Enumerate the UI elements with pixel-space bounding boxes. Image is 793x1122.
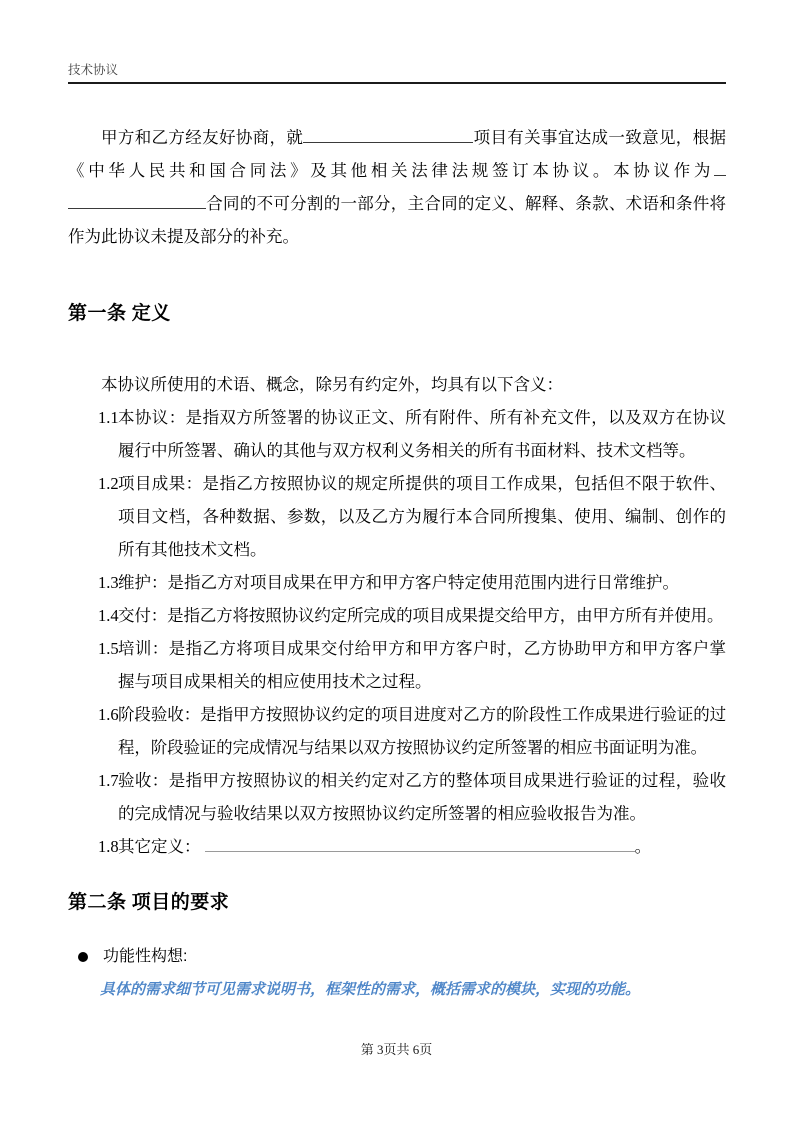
page-footer: 第 3页共 6页 [0, 1039, 793, 1058]
item-number: 1.4 [98, 599, 119, 632]
definition-item-1-4: 1.4 交付：是指乙方将按照协议约定所完成的项目成果提交给甲方，由甲方所有并使用… [68, 599, 726, 632]
item-text: 本协议：是指双方所签署的协议正文、所有附件、所有补充文件，以及双方在协议履行中所… [118, 408, 726, 460]
bullet-dot-icon [78, 952, 88, 962]
item-text: 阶段验收：是指甲方按照协议约定的项目进度对乙方的阶段性工作成果进行验证的过程，阶… [118, 705, 726, 757]
definition-item-1-5: 1.5 培训：是指乙方将项目成果交付给甲方和甲方客户时，乙方协助甲方和甲方客户掌… [68, 632, 726, 698]
section-1-heading: 第一条 定义 [68, 301, 726, 327]
item-number: 1.8 [98, 830, 119, 863]
item-text: 交付：是指乙方将按照协议约定所完成的项目成果提交给甲方，由甲方所有并使用。 [118, 606, 723, 625]
item-number: 1.7 [98, 764, 119, 797]
document-header: 技术协议 [68, 60, 726, 84]
bullet-label: 功能性构想: [103, 947, 187, 967]
definition-item-1-1: 1.1 本协议：是指双方所签署的协议正文、所有附件、所有补充文件，以及双方在协议… [68, 401, 726, 467]
definition-item-1-7: 1.7 验收：是指甲方按照协议的相关约定对乙方的整体项目成果进行验证的过程，验收… [68, 764, 726, 830]
intro-text-1: 甲方和乙方经友好协商，就 [101, 128, 303, 147]
fill-blank-contract-name [68, 195, 206, 209]
item-suffix: 。 [635, 837, 652, 856]
definition-item-1-3: 1.3 维护：是指乙方对项目成果在甲方和甲方客户特定使用范围内进行日常维护。 [68, 566, 726, 599]
item-number: 1.2 [98, 467, 119, 500]
item-number: 1.5 [98, 632, 119, 665]
section-1-lead: 本协议所使用的术语、概念，除另有约定外，均具有以下含义： [68, 368, 726, 401]
requirement-note: 具体的需求细节可见需求说明书，框架性的需求，概括需求的模块，实现的功能。 [100, 980, 726, 1000]
page-number-info: 第 3页共 6页 [361, 1042, 433, 1057]
definition-item-1-2: 1.2 项目成果：是指乙方按照协议的规定所提供的项目工作成果，包括但不限于软件、… [68, 467, 726, 566]
item-text: 项目成果：是指乙方按照协议的规定所提供的项目工作成果，包括但不限于软件、项目文档… [118, 474, 726, 559]
item-text: 验收：是指甲方按照协议的相关约定对乙方的整体项目成果进行验证的过程，验收的完成情… [118, 771, 726, 823]
bullet-item-functional-concept: 功能性构想: [78, 947, 726, 967]
section-2-heading: 第二条 项目的要求 [68, 890, 726, 916]
item-number: 1.1 [98, 401, 119, 434]
fill-blank-other-definitions [205, 838, 635, 852]
document-page: 技术协议 甲方和乙方经友好协商，就项目有关事宜达成一致意见，根据《中华人民共和国… [0, 60, 793, 1000]
item-text: 维护：是指乙方对项目成果在甲方和甲方客户特定使用范围内进行日常维护。 [118, 573, 679, 592]
definitions-list: 1.1 本协议：是指双方所签署的协议正文、所有附件、所有补充文件，以及双方在协议… [68, 401, 726, 863]
item-number: 1.3 [98, 566, 119, 599]
header-title: 技术协议 [68, 63, 118, 77]
item-text: 培训：是指乙方将项目成果交付给甲方和甲方客户时，乙方协助甲方和甲方客户掌握与项目… [118, 639, 726, 691]
item-text: 其它定义： [118, 837, 201, 856]
fill-blank-contract-start [714, 162, 726, 176]
item-number: 1.6 [98, 698, 119, 731]
definition-item-1-6: 1.6 阶段验收：是指甲方按照协议约定的项目进度对乙方的阶段性工作成果进行验证的… [68, 698, 726, 764]
intro-paragraph: 甲方和乙方经友好协商，就项目有关事宜达成一致意见，根据《中华人民共和国合同法》及… [68, 121, 726, 253]
fill-blank-project-name [303, 129, 473, 143]
definition-item-1-8: 1.8 其它定义： 。 [68, 830, 726, 863]
